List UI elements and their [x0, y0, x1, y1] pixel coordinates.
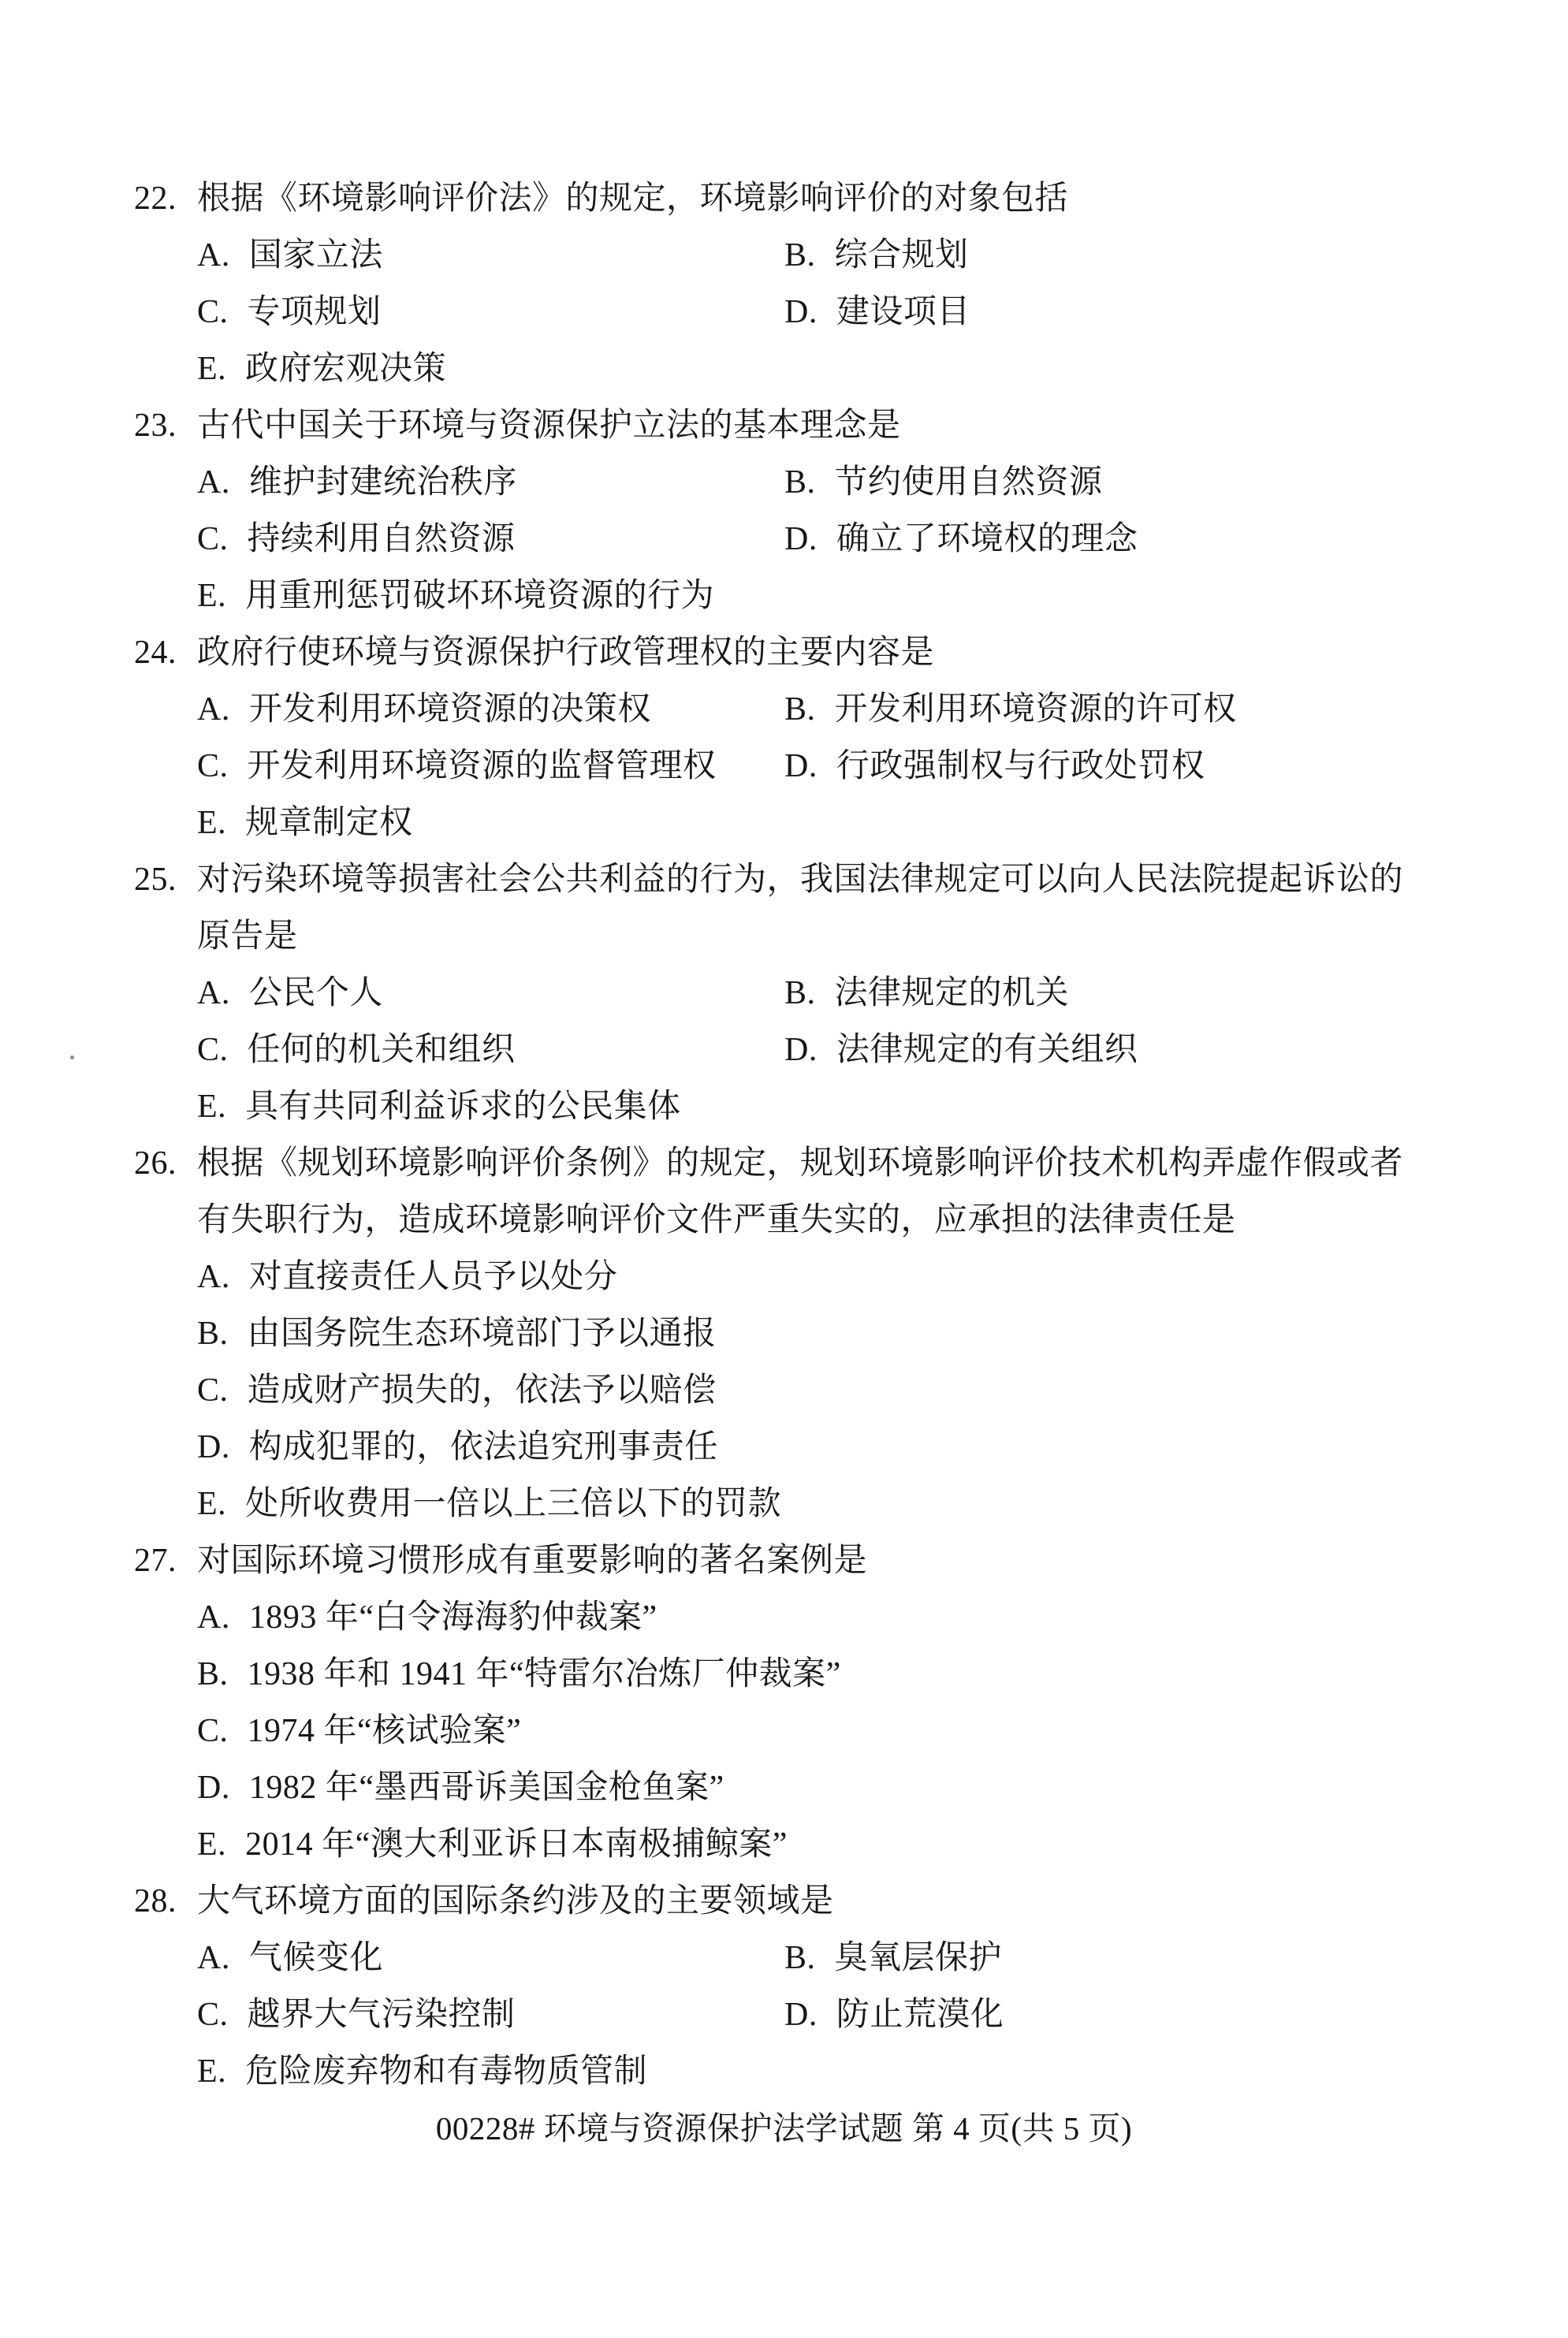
option-text: 法律规定的有关组织	[836, 1022, 1138, 1078]
option-label: D.	[784, 1986, 818, 2043]
option-text: 1974 年“核试验案”	[248, 1703, 522, 1759]
option-text: 2014 年“澳大利亚诉日本南极捕鲸案”	[245, 1816, 788, 1873]
question-stem: 24. 政府行使环境与资源保护行政管理权的主要内容是	[0, 624, 1568, 681]
option-row: E. 危险废弃物和有毒物质管制	[0, 2043, 1568, 2100]
option-row: E. 处所收费用一倍以上三倍以下的罚款	[0, 1476, 1568, 1532]
option-c: C. 1974 年“核试验案”	[197, 1703, 521, 1759]
option-c: C. 开发利用环境资源的监督管理权	[197, 738, 784, 795]
option-row: D. 构成犯罪的，依法追究刑事责任	[0, 1419, 1568, 1476]
option-text: 公民个人	[249, 965, 383, 1022]
option-label: A.	[197, 227, 230, 284]
option-label: A.	[197, 454, 230, 511]
option-row: A. 1893 年“白令海海豹仲裁案”	[0, 1589, 1568, 1646]
question-number: 25.	[134, 851, 197, 908]
option-row: E. 2014 年“澳大利亚诉日本南极捕鲸案”	[0, 1816, 1568, 1873]
option-a: A. 对直接责任人员予以处分	[197, 1249, 617, 1305]
option-text: 具有共同利益诉求的公民集体	[245, 1078, 681, 1135]
option-text: 专项规划	[248, 284, 382, 341]
option-text: 开发利用环境资源的许可权	[835, 681, 1237, 738]
option-c: C. 任何的机关和组织	[197, 1022, 784, 1078]
option-text: 国家立法	[249, 227, 383, 284]
option-text: 越界大气污染控制	[248, 1986, 516, 2043]
option-label: D.	[784, 511, 818, 568]
option-a: A. 公民个人	[197, 965, 784, 1022]
option-b: B. 由国务院生态环境部门予以通报	[197, 1305, 717, 1362]
option-text: 1938 年和 1941 年“特雷尔冶炼厂仲裁案”	[248, 1646, 841, 1703]
option-text: 危险废弃物和有毒物质管制	[245, 2043, 647, 2100]
option-row: E. 规章制定权	[0, 795, 1568, 851]
option-label: E.	[197, 1078, 226, 1135]
scan-artifact-dot	[70, 1055, 74, 1059]
option-a: A. 气候变化	[197, 1930, 784, 1986]
question-stem: 27. 对国际环境习惯形成有重要影响的著名案例是	[0, 1532, 1568, 1589]
option-text: 1982 年“墨西哥诉美国金枪鱼案”	[249, 1759, 724, 1816]
option-row: A. 开发利用环境资源的决策权 B. 开发利用环境资源的许可权	[0, 681, 1568, 738]
option-a: A. 开发利用环境资源的决策权	[197, 681, 784, 738]
question-stem-continuation: 有失职行为，造成环境影响评价文件严重失实的，应承担的法律责任是	[0, 1192, 1568, 1249]
option-e: E. 处所收费用一倍以上三倍以下的罚款	[197, 1476, 781, 1532]
option-c: C. 越界大气污染控制	[197, 1986, 784, 2043]
option-c: C. 造成财产损失的，依法予以赔偿	[197, 1362, 717, 1419]
option-text: 节约使用自然资源	[835, 454, 1103, 511]
option-label: D.	[784, 284, 818, 341]
option-d: D. 建设项目	[784, 284, 970, 341]
option-row: D. 1982 年“墨西哥诉美国金枪鱼案”	[0, 1759, 1568, 1816]
option-e: E. 2014 年“澳大利亚诉日本南极捕鲸案”	[197, 1816, 788, 1873]
option-label: A.	[197, 1589, 230, 1646]
option-label: E.	[197, 795, 226, 851]
question-number: 24.	[134, 624, 197, 681]
option-d: D. 构成犯罪的，依法追究刑事责任	[197, 1419, 718, 1476]
option-label: D.	[784, 1022, 818, 1078]
question-stem: 22. 根据《环境影响评价法》的规定，环境影响评价的对象包括	[0, 170, 1568, 227]
option-label: E.	[197, 568, 226, 624]
option-text: 构成犯罪的，依法追究刑事责任	[249, 1419, 718, 1476]
option-label: E.	[197, 341, 226, 397]
option-label: C.	[197, 1022, 229, 1078]
option-label: B.	[784, 1930, 816, 1986]
option-d: D. 1982 年“墨西哥诉美国金枪鱼案”	[197, 1759, 724, 1816]
option-row: A. 国家立法 B. 综合规划	[0, 227, 1568, 284]
option-b: B. 1938 年和 1941 年“特雷尔冶炼厂仲裁案”	[197, 1646, 841, 1703]
option-row: C. 持续利用自然资源 D. 确立了环境权的理念	[0, 511, 1568, 568]
question-25: 25. 对污染环境等损害社会公共利益的行为，我国法律规定可以向人民法院提起诉讼的…	[0, 851, 1568, 1135]
option-text: 1893 年“白令海海豹仲裁案”	[249, 1589, 657, 1646]
option-d: D. 行政强制权与行政处罚权	[784, 738, 1205, 795]
option-b: B. 法律规定的机关	[784, 965, 1069, 1022]
option-e: E. 用重刑惩罚破坏环境资源的行为	[197, 568, 714, 624]
option-label: C.	[197, 1703, 229, 1759]
question-26: 26. 根据《规划环境影响评价条例》的规定，规划环境影响评价技术机构弄虚作假或者…	[0, 1135, 1568, 1532]
option-text: 法律规定的机关	[835, 965, 1070, 1022]
exam-page: 22. 根据《环境影响评价法》的规定，环境影响评价的对象包括 A. 国家立法 B…	[0, 0, 1568, 2338]
option-label: C.	[197, 511, 229, 568]
option-row: A. 对直接责任人员予以处分	[0, 1249, 1568, 1305]
option-b: B. 综合规划	[784, 227, 969, 284]
option-text: 臭氧层保护	[835, 1930, 1003, 1986]
option-text: 对直接责任人员予以处分	[249, 1249, 618, 1305]
option-label: E.	[197, 1476, 226, 1532]
option-label: B.	[784, 454, 816, 511]
question-number: 22.	[134, 170, 197, 227]
option-row: C. 任何的机关和组织 D. 法律规定的有关组织	[0, 1022, 1568, 1078]
question-23: 23. 古代中国关于环境与资源保护立法的基本理念是 A. 维护封建统治秩序 B.…	[0, 397, 1568, 624]
option-e: E. 危险废弃物和有毒物质管制	[197, 2043, 647, 2100]
question-number: 28.	[134, 1873, 197, 1930]
option-row: E. 政府宏观决策	[0, 341, 1568, 397]
option-row: B. 由国务院生态环境部门予以通报	[0, 1305, 1568, 1362]
option-text: 维护封建统治秩序	[249, 454, 517, 511]
option-text: 持续利用自然资源	[248, 511, 516, 568]
option-e: E. 具有共同利益诉求的公民集体	[197, 1078, 681, 1135]
option-text: 确立了环境权的理念	[836, 511, 1138, 568]
option-e: E. 规章制定权	[197, 795, 413, 851]
option-label: C.	[197, 284, 229, 341]
option-label: A.	[197, 965, 230, 1022]
option-label: B.	[784, 965, 816, 1022]
option-text: 任何的机关和组织	[248, 1022, 516, 1078]
option-d: D. 法律规定的有关组织	[784, 1022, 1138, 1078]
option-row: E. 用重刑惩罚破坏环境资源的行为	[0, 568, 1568, 624]
option-text: 由国务院生态环境部门予以通报	[248, 1305, 717, 1362]
question-number: 23.	[134, 397, 197, 454]
option-text: 气候变化	[249, 1930, 383, 1986]
option-row: A. 公民个人 B. 法律规定的机关	[0, 965, 1568, 1022]
question-28: 28. 大气环境方面的国际条约涉及的主要领域是 A. 气候变化 B. 臭氧层保护…	[0, 1873, 1568, 2100]
option-text: 开发利用环境资源的监督管理权	[248, 738, 717, 795]
option-label: E.	[197, 2043, 226, 2100]
option-label: C.	[197, 1986, 229, 2043]
option-label: A.	[197, 1249, 230, 1305]
question-27: 27. 对国际环境习惯形成有重要影响的著名案例是 A. 1893 年“白令海海豹…	[0, 1532, 1568, 1873]
option-text: 建设项目	[836, 284, 970, 341]
option-c: C. 专项规划	[197, 284, 784, 341]
option-a: A. 1893 年“白令海海豹仲裁案”	[197, 1589, 657, 1646]
option-row: C. 开发利用环境资源的监督管理权 D. 行政强制权与行政处罚权	[0, 738, 1568, 795]
question-stem-text: 根据《规划环境影响评价条例》的规定，规划环境影响评价技术机构弄虚作假或者	[197, 1135, 1403, 1192]
option-a: A. 国家立法	[197, 227, 784, 284]
option-b: B. 开发利用环境资源的许可权	[784, 681, 1237, 738]
question-stem-text: 对国际环境习惯形成有重要影响的著名案例是	[197, 1532, 867, 1589]
question-stem: 28. 大气环境方面的国际条约涉及的主要领域是	[0, 1873, 1568, 1930]
option-label: D.	[197, 1759, 230, 1816]
question-stem-continuation: 原告是	[0, 908, 1568, 965]
option-d: D. 确立了环境权的理念	[784, 511, 1138, 568]
question-number: 26.	[134, 1135, 197, 1192]
option-e: E. 政府宏观决策	[197, 341, 446, 397]
option-a: A. 维护封建统治秩序	[197, 454, 784, 511]
question-stem: 26. 根据《规划环境影响评价条例》的规定，规划环境影响评价技术机构弄虚作假或者	[0, 1135, 1568, 1192]
page-footer: 00228# 环境与资源保护法学试题 第 4 页(共 5 页)	[0, 2100, 1568, 2157]
option-label: B.	[197, 1646, 229, 1703]
option-b: B. 节约使用自然资源	[784, 454, 1103, 511]
option-row: B. 1938 年和 1941 年“特雷尔冶炼厂仲裁案”	[0, 1646, 1568, 1703]
option-label: C.	[197, 1362, 229, 1419]
option-text: 规章制定权	[245, 795, 413, 851]
option-row: C. 专项规划 D. 建设项目	[0, 284, 1568, 341]
option-label: E.	[197, 1816, 226, 1873]
question-number: 27.	[134, 1532, 197, 1589]
option-row: A. 气候变化 B. 臭氧层保护	[0, 1930, 1568, 1986]
option-text: 用重刑惩罚破坏环境资源的行为	[245, 568, 714, 624]
option-label: B.	[784, 681, 816, 738]
question-stem-text: 古代中国关于环境与资源保护立法的基本理念是	[197, 397, 901, 454]
option-row: A. 维护封建统治秩序 B. 节约使用自然资源	[0, 454, 1568, 511]
option-text: 开发利用环境资源的决策权	[249, 681, 651, 738]
option-b: B. 臭氧层保护	[784, 1930, 1002, 1986]
question-stem-text: 对污染环境等损害社会公共利益的行为，我国法律规定可以向人民法院提起诉讼的	[197, 851, 1403, 908]
option-label: C.	[197, 738, 229, 795]
option-text: 综合规划	[835, 227, 969, 284]
option-row: E. 具有共同利益诉求的公民集体	[0, 1078, 1568, 1135]
option-row: C. 造成财产损失的，依法予以赔偿	[0, 1362, 1568, 1419]
question-stem-text: 政府行使环境与资源保护行政管理权的主要内容是	[197, 624, 934, 681]
option-text: 防止荒漠化	[836, 1986, 1004, 2043]
option-text: 处所收费用一倍以上三倍以下的罚款	[245, 1476, 781, 1532]
question-stem-text: 大气环境方面的国际条约涉及的主要领域是	[197, 1873, 834, 1930]
question-stem: 25. 对污染环境等损害社会公共利益的行为，我国法律规定可以向人民法院提起诉讼的	[0, 851, 1568, 908]
option-label: D.	[197, 1419, 230, 1476]
option-d: D. 防止荒漠化	[784, 1986, 1004, 2043]
option-label: B.	[197, 1305, 229, 1362]
question-22: 22. 根据《环境影响评价法》的规定，环境影响评价的对象包括 A. 国家立法 B…	[0, 170, 1568, 397]
option-row: C. 越界大气污染控制 D. 防止荒漠化	[0, 1986, 1568, 2043]
option-label: A.	[197, 1930, 230, 1986]
question-stem: 23. 古代中国关于环境与资源保护立法的基本理念是	[0, 397, 1568, 454]
question-24: 24. 政府行使环境与资源保护行政管理权的主要内容是 A. 开发利用环境资源的决…	[0, 624, 1568, 851]
option-text: 行政强制权与行政处罚权	[836, 738, 1205, 795]
question-stem-text: 根据《环境影响评价法》的规定，环境影响评价的对象包括	[197, 170, 1068, 227]
option-row: C. 1974 年“核试验案”	[0, 1703, 1568, 1759]
option-label: D.	[784, 738, 818, 795]
option-text: 政府宏观决策	[245, 341, 446, 397]
option-label: B.	[784, 227, 816, 284]
option-c: C. 持续利用自然资源	[197, 511, 784, 568]
option-text: 造成财产损失的，依法予以赔偿	[248, 1362, 717, 1419]
option-label: A.	[197, 681, 230, 738]
